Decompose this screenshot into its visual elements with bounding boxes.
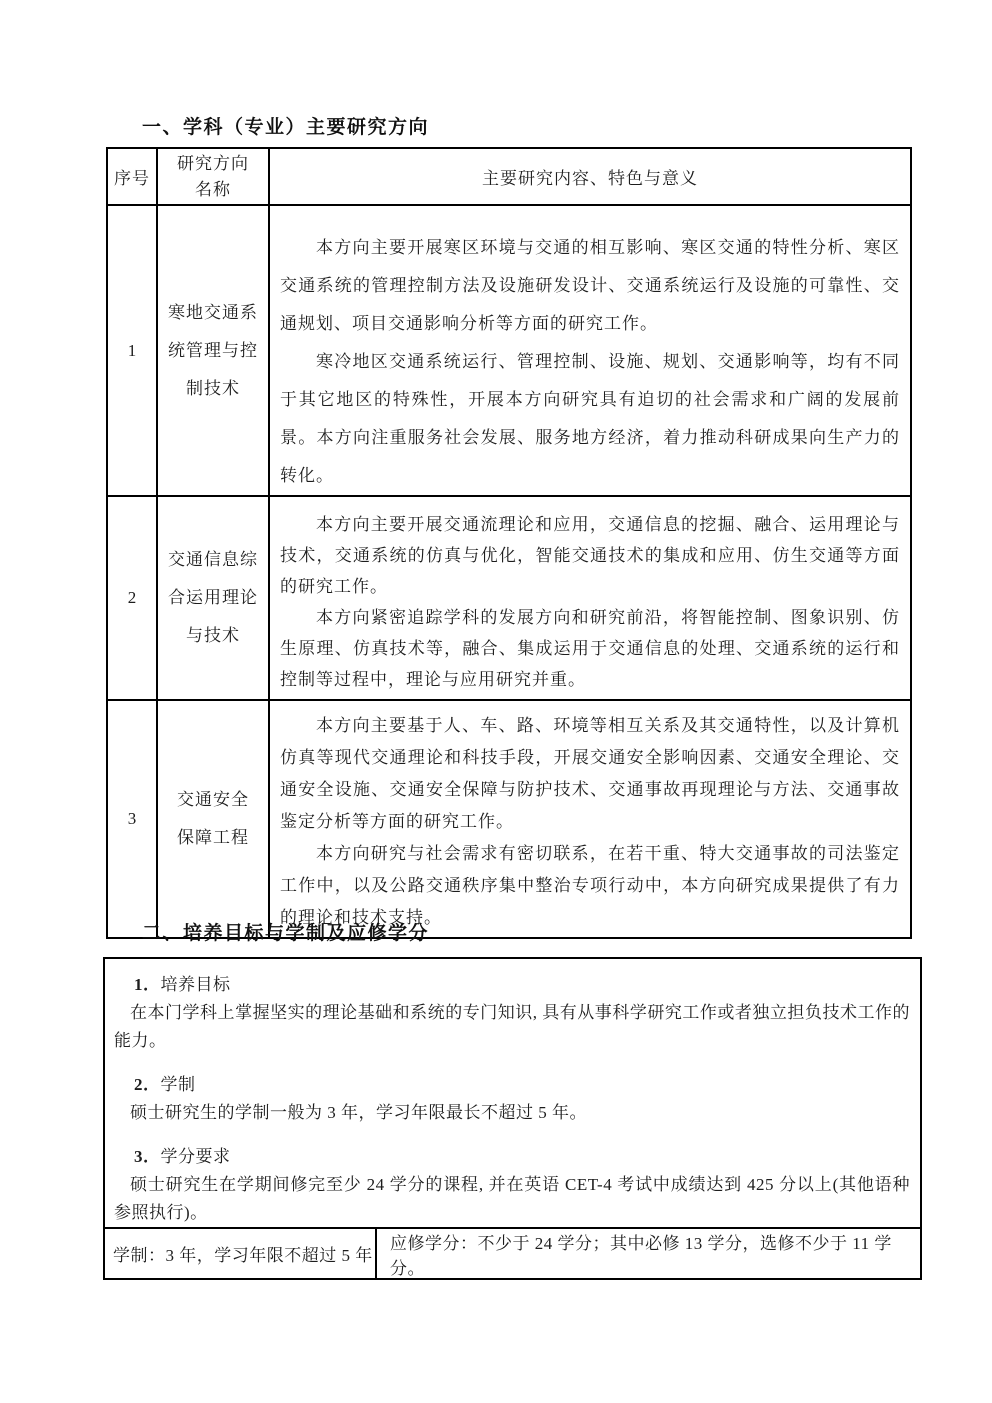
row2-index: 2 <box>107 496 157 700</box>
item1-title-line: 1．培养目标 <box>134 971 910 999</box>
item-schooling-length: 2．学制 硕士研究生的学制一般为 3 年，学习年限最长不超过 5 年。 <box>114 1071 910 1127</box>
footer-credits-cell: 应修学分：不少于 24 学分；其中必修 13 学分，选修不少于 11 学分。 <box>377 1229 920 1278</box>
row1-paragraph-1: 本方向主要开展寒区环境与交通的相互影响、寒区交通的特性分析、寒区交通系统的管理控… <box>280 229 900 343</box>
item3-title: 学分要求 <box>161 1147 231 1166</box>
row1-direction-name: 寒地交通系 统管理与控 制技术 <box>157 205 269 496</box>
table-row: 2 交通信息综 合运用理论 与技术 本方向主要开展交通流理论和应用，交通信息的挖… <box>107 496 911 700</box>
row3-direction-name: 交通安全 保障工程 <box>157 700 269 938</box>
footer-duration-cell: 学制：3 年，学习年限不超过 5 年 <box>105 1229 377 1278</box>
row1-paragraph-2: 寒冷地区交通系统运行、管理控制、设施、规划、交通影响等，均有不同于其它地区的特殊… <box>280 343 900 495</box>
header-content: 主要研究内容、特色与意义 <box>269 148 911 205</box>
item1-number: 1． <box>134 975 161 994</box>
item1-body: 在本门学科上掌握坚实的理论基础和系统的专门知识, 具有从事科学研究工作或者独立担… <box>114 999 910 1055</box>
row1-content: 本方向主要开展寒区环境与交通的相互影响、寒区交通的特性分析、寒区交通系统的管理控… <box>269 205 911 496</box>
row3-paragraph-1: 本方向主要基于人、车、路、环境等相互关系及其交通特性，以及计算机仿真等现代交通理… <box>280 710 900 838</box>
row1-index: 1 <box>107 205 157 496</box>
row3-content: 本方向主要基于人、车、路、环境等相互关系及其交通特性，以及计算机仿真等现代交通理… <box>269 700 911 938</box>
item-credit-requirements: 3．学分要求 硕士研究生在学期间修完至少 24 学分的课程, 并在英语 CET-… <box>114 1143 910 1227</box>
row2-paragraph-2: 本方向紧密追踪学科的发展方向和研究前沿，将智能控制、图象识别、仿生原理、仿真技术… <box>280 602 900 695</box>
table-row: 3 交通安全 保障工程 本方向主要基于人、车、路、环境等相互关系及其交通特性，以… <box>107 700 911 938</box>
item3-number: 3． <box>134 1147 161 1166</box>
item2-number: 2． <box>134 1075 161 1094</box>
research-directions-table: 序号 研究方向 名称 主要研究内容、特色与意义 1 寒地交通系 统管理与控 制技… <box>106 147 912 939</box>
training-objectives-content: 1．培养目标 在本门学科上掌握坚实的理论基础和系统的专门知识, 具有从事科学研究… <box>105 959 920 1227</box>
row2-direction-name: 交通信息综 合运用理论 与技术 <box>157 496 269 700</box>
summary-footer-row: 学制：3 年，学习年限不超过 5 年 应修学分：不少于 24 学分；其中必修 1… <box>105 1227 920 1278</box>
item2-body: 硕士研究生的学制一般为 3 年，学习年限最长不超过 5 年。 <box>114 1099 910 1127</box>
section1-heading: 一、学科（专业）主要研究方向 <box>142 112 429 139</box>
header-index: 序号 <box>107 148 157 205</box>
item2-title: 学制 <box>161 1075 196 1094</box>
item3-body: 硕士研究生在学期间修完至少 24 学分的课程, 并在英语 CET-4 考试中成绩… <box>114 1171 910 1227</box>
document-page: { "section1": { "heading": "一、学科（专业）主要研究… <box>0 0 992 1403</box>
item-training-objective: 1．培养目标 在本门学科上掌握坚实的理论基础和系统的专门知识, 具有从事科学研究… <box>114 971 910 1055</box>
header-direction-name: 研究方向 名称 <box>157 148 269 205</box>
table-header-row: 序号 研究方向 名称 主要研究内容、特色与意义 <box>107 148 911 205</box>
row2-content: 本方向主要开展交通流理论和应用，交通信息的挖掘、融合、运用理论与技术，交通系统的… <box>269 496 911 700</box>
section2-heading: 二、培养目标与学制及应修学分 <box>142 918 429 945</box>
item3-title-line: 3．学分要求 <box>134 1143 910 1171</box>
item2-title-line: 2．学制 <box>134 1071 910 1099</box>
row3-index: 3 <box>107 700 157 938</box>
item1-title: 培养目标 <box>161 975 231 994</box>
table-row: 1 寒地交通系 统管理与控 制技术 本方向主要开展寒区环境与交通的相互影响、寒区… <box>107 205 911 496</box>
row2-paragraph-1: 本方向主要开展交通流理论和应用，交通信息的挖掘、融合、运用理论与技术，交通系统的… <box>280 509 900 602</box>
training-objectives-box: 1．培养目标 在本门学科上掌握坚实的理论基础和系统的专门知识, 具有从事科学研究… <box>103 957 922 1280</box>
